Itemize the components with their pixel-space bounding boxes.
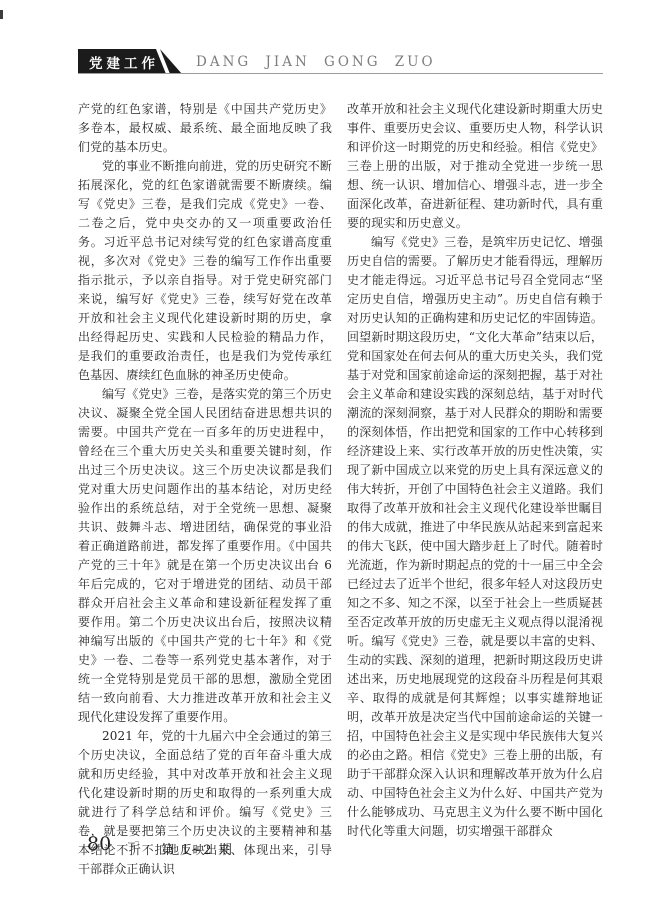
section-badge-label: 党建工作 <box>85 52 159 72</box>
paragraph: 党的事业不断推向前进，党的历史研究不断拓展深化，党的红色家谱就需要不断赓续。编写… <box>78 157 332 385</box>
header-rule <box>78 73 603 74</box>
text-column-left: 产党的红色家谱，特别是《中国共产党历史》多卷本，最权威、最系统、最全面地反映了我… <box>78 100 332 879</box>
section-badge: 党建工作 <box>78 49 166 74</box>
section-pinyin-label: DANG JIAN GONG ZUO <box>196 54 436 70</box>
binding-mark <box>0 10 3 19</box>
paragraph: 改革开放和社会主义现代化建设新时期重大历史事件、重要历史会议、重要历史人物，科学… <box>347 100 603 233</box>
pointing-hand-icon: ☜ <box>127 836 140 854</box>
paragraph: 编写《党史》三卷，是落实党的第三个历史决议、凝聚全党全国人民团结奋进思想共识的需… <box>78 385 332 727</box>
page-number: 80 <box>87 833 111 855</box>
paragraph: 产党的红色家谱，特别是《中国共产党历史》多卷本，最权威、最系统、最全面地反映了我… <box>78 100 332 157</box>
text-column-right: 改革开放和社会主义现代化建设新时期重大历史事件、重要历史会议、重要历史人物，科学… <box>347 100 603 841</box>
issue-label: 第 1~2 期 <box>161 839 233 858</box>
paragraph: 编写《党史》三卷，是筑牢历史记忆、增强历史自信的需要。了解历史才能看得远，理解历… <box>347 233 603 841</box>
journal-page: 党建工作 DANG JIAN GONG ZUO 产党的红色家谱，特别是《中国共产… <box>0 0 671 917</box>
badge-tail-decoration <box>160 49 184 74</box>
